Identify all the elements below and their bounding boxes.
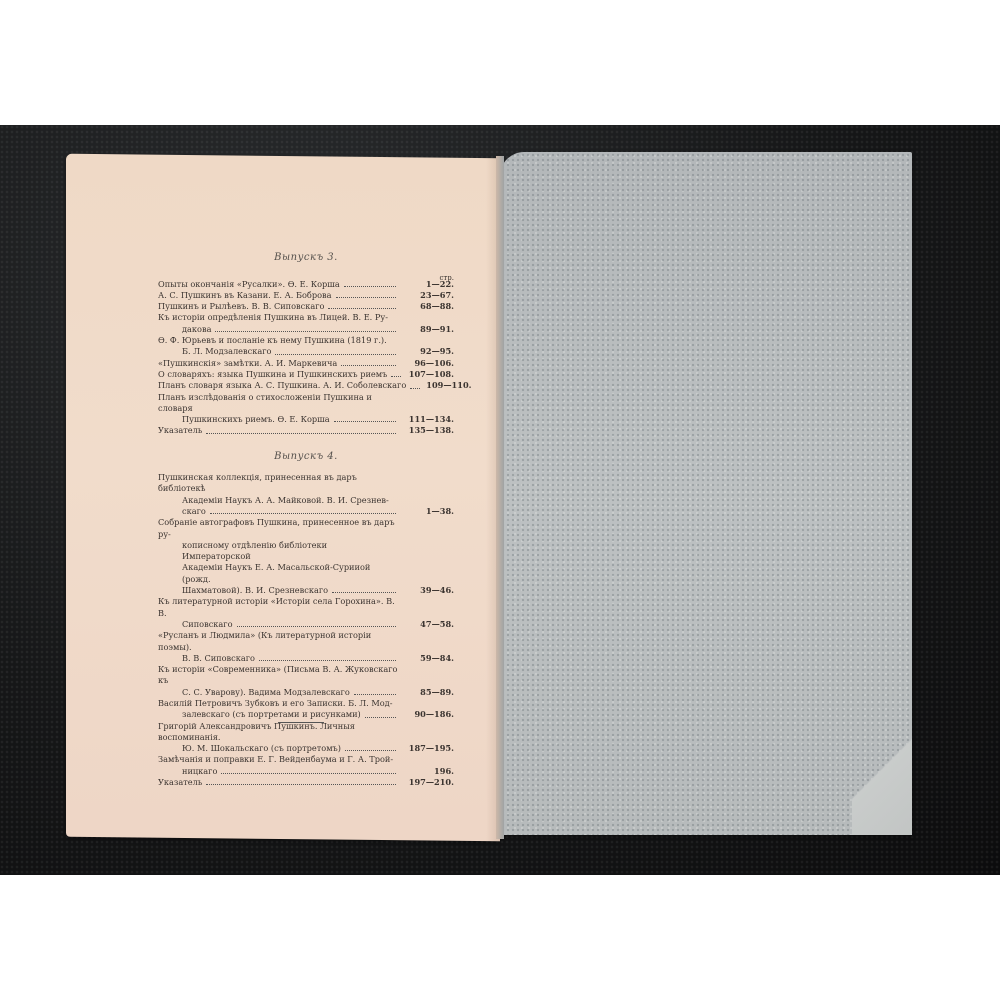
toc-entry: Пушкинская коллекція, принесенная въ дар… [158,472,454,517]
toc-entry-line: Ю. М. Шокальскаго (съ портретомъ) [158,743,398,754]
toc-entry-title: Указатель [158,425,402,436]
toc-entry-line-text: А. С. Пушкинъ въ Казани. Е. А. Боброва [158,290,332,301]
toc-entry-line: О словаряхъ: языка Пушкина и Пушкинскихъ… [158,369,403,380]
toc-entry-line: Къ литературной исторіи «Исторіи села Го… [158,596,398,619]
toc-entry-title: Замѣчанія и поправки Е. Г. Вейденбаума и… [158,754,402,777]
toc-entry: Василій Петровичъ Зубковъ и его Записки.… [158,698,454,721]
toc-entry-line: Сиповскаго [158,619,398,630]
dot-leader [206,425,396,433]
toc-entry-line: Василій Петровичъ Зубковъ и его Записки.… [158,698,398,709]
dot-leader [345,743,396,751]
toc-entry-line-text: Шахматовой). В. И. Срезневскаго [182,585,328,596]
toc-entry-line: Планъ словаря языка А. С. Пушкина. А. И.… [158,380,422,391]
toc-entry-pages: 109—110. [426,380,471,391]
toc-entry: «Русланъ и Людмила» (Къ литературной ист… [158,630,454,664]
dot-leader [215,324,396,332]
toc-entry-title: Ѳ. Ф. Юрьевъ и посланіе къ нему Пушкина … [158,335,402,358]
toc-entry: О словаряхъ: языка Пушкина и Пушкинскихъ… [158,369,454,380]
toc-entry-title: Опыты окончанія «Русалки». Ѳ. Е. Корша [158,279,402,290]
dot-leader [410,380,420,388]
toc-entry-line: Собраніе автографовъ Пушкина, принесенно… [158,517,398,540]
toc-entry-line: Шахматовой). В. И. Срезневскаго [158,585,398,596]
dot-leader [344,279,396,287]
toc-entry-line: В. В. Сиповскаго [158,653,398,664]
right-page-blank-endpaper [500,152,912,835]
toc-entry-title: Планъ изслѣдованія о стихосложеніи Пушки… [158,392,402,426]
toc-entry-line-text: «Пушкинскія» замѣтки. А. И. Маркевича [158,358,337,369]
toc-entry-pages: 96—106. [402,358,454,369]
toc-entry-title: А. С. Пушкинъ въ Казани. Е. А. Боброва [158,290,402,301]
toc-entry-pages: 85—89. [402,687,454,698]
toc-entry: Ѳ. Ф. Юрьевъ и посланіе къ нему Пушкина … [158,335,454,358]
dot-leader [341,358,396,366]
toc-entry-line-text: С. С. Уварову). Вадима Модзалевскаго [182,687,350,698]
toc-entry-pages: 47—58. [402,619,454,630]
toc-entry: Собраніе автографовъ Пушкина, принесенно… [158,517,454,596]
dot-leader [237,619,396,627]
toc-entry: «Пушкинскія» замѣтки. А. И. Маркевича96—… [158,358,454,369]
toc-entry-title: Къ исторіи «Современника» (Письма В. А. … [158,664,402,698]
toc-entry-line-text: залевскаго (съ портретами и рисунками) [182,709,361,720]
toc-entry: А. С. Пушкинъ въ Казани. Е. А. Боброва23… [158,290,454,301]
toc-entry: Къ исторіи опредѣленія Пушкина въ Лицей.… [158,312,454,335]
toc-entry: Указатель197—210. [158,777,454,788]
toc-entry-pages: 1—38. [402,506,454,517]
toc-entry-line-text: Планъ словаря языка А. С. Пушкина. А. И.… [158,380,406,391]
table-of-contents: Выпускъ 3. стр. Опыты окончанія «Русалки… [158,252,454,788]
toc-entry-pages: 107—108. [407,369,454,380]
toc-entry-title: Къ исторіи опредѣленія Пушкина въ Лицей.… [158,312,402,335]
toc-entry-line: Указатель [158,425,398,436]
dot-leader [334,414,396,422]
book-gutter [496,156,504,839]
toc-entry-title: Григорій Александровичъ Пушкинъ. Личныя … [158,721,402,755]
toc-entry-line-text: В. В. Сиповскаго [182,653,255,664]
dot-leader [210,506,396,514]
toc-entry: Указатель135—138. [158,425,454,436]
toc-entry-line: Академіи Наукъ А. А. Майковой. В. И. Сре… [158,495,398,506]
toc-entry-title: Пушкинская коллекція, принесенная въ дар… [158,472,402,517]
dot-leader [332,585,396,593]
section-title-vypusk-4: Выпускъ 4. [158,451,454,462]
end-rule [278,722,324,723]
toc-entry-line: С. С. Уварову). Вадима Модзалевскаго [158,687,398,698]
toc-entry: Замѣчанія и поправки Е. Г. Вейденбаума и… [158,754,454,777]
toc-entry-line-text: Указатель [158,777,202,788]
toc-entry-line: «Пушкинскія» замѣтки. А. И. Маркевича [158,358,398,369]
toc-entry-line: Къ исторіи опредѣленія Пушкина въ Лицей.… [158,312,398,323]
toc-entry-title: Василій Петровичъ Зубковъ и его Записки.… [158,698,402,721]
toc-entry-title: «Пушкинскія» замѣтки. А. И. Маркевича [158,358,402,369]
toc-entry: Планъ словаря языка А. С. Пушкина. А. И.… [158,380,454,391]
toc-entry-line: скаго [158,506,398,517]
toc-entry-line: Опыты окончанія «Русалки». Ѳ. Е. Корша [158,279,398,290]
toc-entry-line: Замѣчанія и поправки Е. Г. Вейденбаума и… [158,754,398,765]
toc-entry-pages: 1—22. [402,279,454,290]
toc-entry-line: ницкаго [158,766,398,777]
toc-entry: Планъ изслѣдованія о стихосложеніи Пушки… [158,392,454,426]
toc-entry-line: кописному отдѣленію библіотеки Император… [158,540,398,563]
toc-entry-line: Академіи Наукъ Е. А. Масальской-Сурииой … [158,562,398,585]
toc-entry-line-text: О словаряхъ: языка Пушкина и Пушкинскихъ… [158,369,387,380]
toc-entry-pages: 89—91. [402,324,454,335]
toc-entry-title: Указатель [158,777,402,788]
toc-entry-title: Собраніе автографовъ Пушкина, принесенно… [158,517,402,596]
toc-entry-pages: 90—186. [402,709,454,720]
toc-entry-line-text: Указатель [158,425,202,436]
toc-entry-line-text: Опыты окончанія «Русалки». Ѳ. Е. Корша [158,279,340,290]
toc-entry-line: Указатель [158,777,398,788]
toc-entry-title: Пушкинъ и Рылѣевъ. В. В. Сиповскаго [158,301,402,312]
toc-entry-title: О словаряхъ: языка Пушкина и Пушкинскихъ… [158,369,407,380]
toc-entry-line: залевскаго (съ портретами и рисунками) [158,709,398,720]
dot-leader [391,369,401,377]
toc-entry-line-text: дакова [182,324,211,335]
toc-entry: Къ исторіи «Современника» (Письма В. А. … [158,664,454,698]
dot-leader [259,653,396,661]
toc-entry-line: Пушкинская коллекція, принесенная въ дар… [158,472,398,495]
toc-entry-title: Къ литературной исторіи «Исторіи села Го… [158,596,402,630]
toc-entry-pages: 23—67. [402,290,454,301]
toc-entry-title: «Русланъ и Людмила» (Къ литературной ист… [158,630,402,664]
section-entries-vypusk-4: Пушкинская коллекція, принесенная въ дар… [158,472,454,788]
toc-entry: Опыты окончанія «Русалки». Ѳ. Е. Корша1—… [158,279,454,290]
toc-entry-pages: 111—134. [402,414,454,425]
toc-entry-pages: 196. [402,766,454,777]
toc-entry-pages: 68—88. [402,301,454,312]
toc-entry: Къ литературной исторіи «Исторіи села Го… [158,596,454,630]
section-entries-vypusk-3: Опыты окончанія «Русалки». Ѳ. Е. Корша1—… [158,279,454,437]
toc-entry-line: дакова [158,324,398,335]
dot-leader [354,687,396,695]
toc-entry-pages: 135—138. [402,425,454,436]
section-title-vypusk-3: Выпускъ 3. [158,252,454,263]
dot-leader [336,290,396,298]
dot-leader [221,766,396,774]
toc-entry-line-text: Сиповскаго [182,619,233,630]
toc-entry-line: Ѳ. Ф. Юрьевъ и посланіе къ нему Пушкина … [158,335,398,346]
toc-entry-pages: 92—95. [402,346,454,357]
toc-entry-pages: 59—84. [402,653,454,664]
toc-entry: Григорій Александровичъ Пушкинъ. Личныя … [158,721,454,755]
toc-entry-line: Григорій Александровичъ Пушкинъ. Личныя … [158,721,398,744]
dot-leader [275,346,396,354]
toc-entry-line: Пушкинъ и Рылѣевъ. В. В. Сиповскаго [158,301,398,312]
toc-entry-line: Б. Л. Модзалевскаго [158,346,398,357]
toc-entry-line-text: ницкаго [182,766,217,777]
toc-entry-pages: 187—195. [402,743,454,754]
dot-leader [328,301,396,309]
toc-entry-title: Планъ словаря языка А. С. Пушкина. А. И.… [158,380,426,391]
toc-entry-line-text: Б. Л. Модзалевскаго [182,346,271,357]
toc-entry-line: Планъ изслѣдованія о стихосложеніи Пушки… [158,392,398,415]
toc-entry-line: «Русланъ и Людмила» (Къ литературной ист… [158,630,398,653]
toc-entry-pages: 39—46. [402,585,454,596]
toc-entry-line-text: Ю. М. Шокальскаго (съ портретомъ) [182,743,341,754]
toc-entry-line-text: Пушкинскихъ риемъ. Ѳ. Е. Корша [182,414,330,425]
toc-entry-pages: 197—210. [402,777,454,788]
toc-entry-line-text: скаго [182,506,206,517]
dot-leader [365,709,396,717]
toc-entry-line: Къ исторіи «Современника» (Письма В. А. … [158,664,398,687]
toc-entry-line: Пушкинскихъ риемъ. Ѳ. Е. Корша [158,414,398,425]
toc-entry: Пушкинъ и Рылѣевъ. В. В. Сиповскаго68—88… [158,301,454,312]
folded-corner [852,705,912,835]
dot-leader [206,777,396,785]
toc-entry-line: А. С. Пушкинъ въ Казани. Е. А. Боброва [158,290,398,301]
toc-entry-line-text: Пушкинъ и Рылѣевъ. В. В. Сиповскаго [158,301,324,312]
